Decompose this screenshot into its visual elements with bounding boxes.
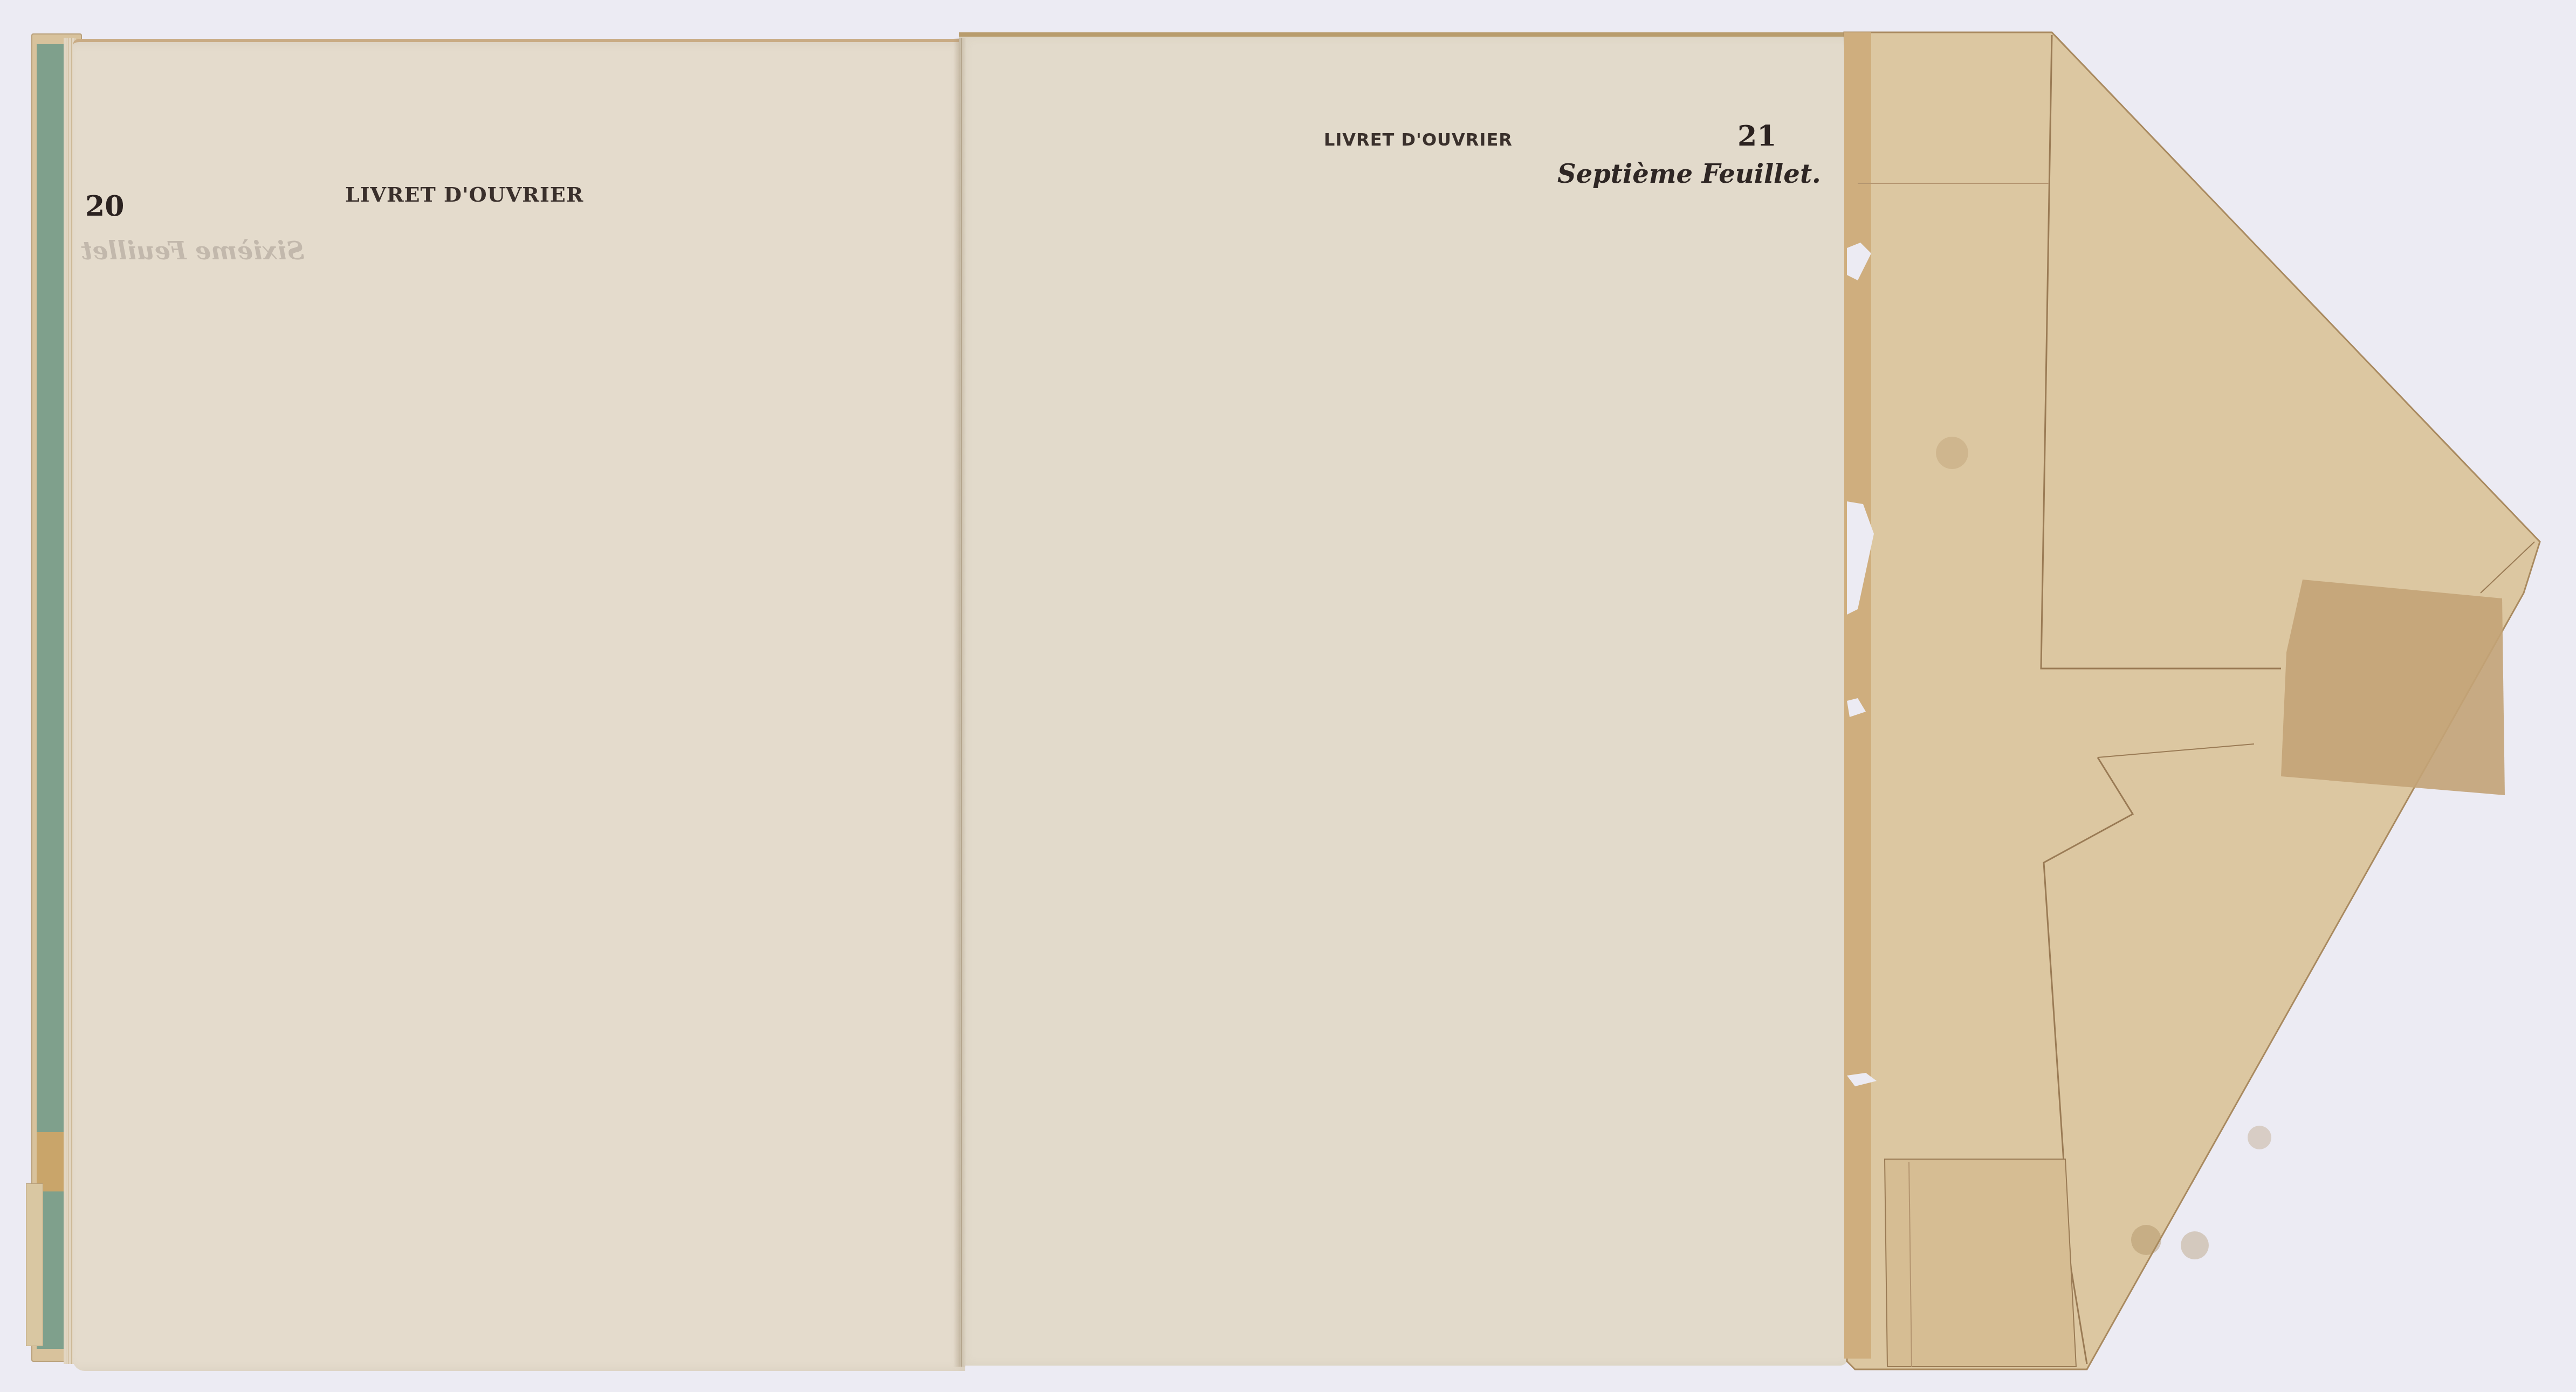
right-running-head: LIVRET D'OUVRIER (1324, 129, 1513, 150)
cover-flap (26, 1183, 43, 1346)
inner-flap (1885, 1159, 2076, 1367)
stain (2181, 1231, 2209, 1259)
fold-line (2044, 757, 2133, 1364)
envelope-body (1844, 32, 2540, 1369)
flap-crease (1909, 1162, 1912, 1367)
tear-hole (1847, 698, 1866, 717)
tear-hole (1847, 501, 1874, 615)
stain (2131, 1225, 2161, 1255)
tear-hole (1847, 1073, 1877, 1086)
fold-line (2041, 35, 2281, 669)
show-through-text: Sixième Feuillet (81, 236, 305, 265)
fold-line (2098, 744, 2254, 757)
right-page-number: 21 (1737, 120, 1776, 153)
cover-worn-patch (37, 1132, 65, 1191)
left-page-number: 20 (85, 190, 124, 223)
stain (2248, 1126, 2271, 1149)
tear-hole (1847, 243, 1871, 280)
fold-line (2481, 542, 2534, 593)
leaf-label: Septième Feuillet. (1557, 159, 1821, 189)
gutter-fold-line (961, 38, 962, 1367)
right-page (959, 32, 1849, 1366)
book-gutter (953, 38, 966, 1367)
tape-patch (2281, 580, 2505, 795)
stain (1936, 437, 1968, 469)
left-running-head: LIVRET D'OUVRIER (345, 182, 583, 206)
